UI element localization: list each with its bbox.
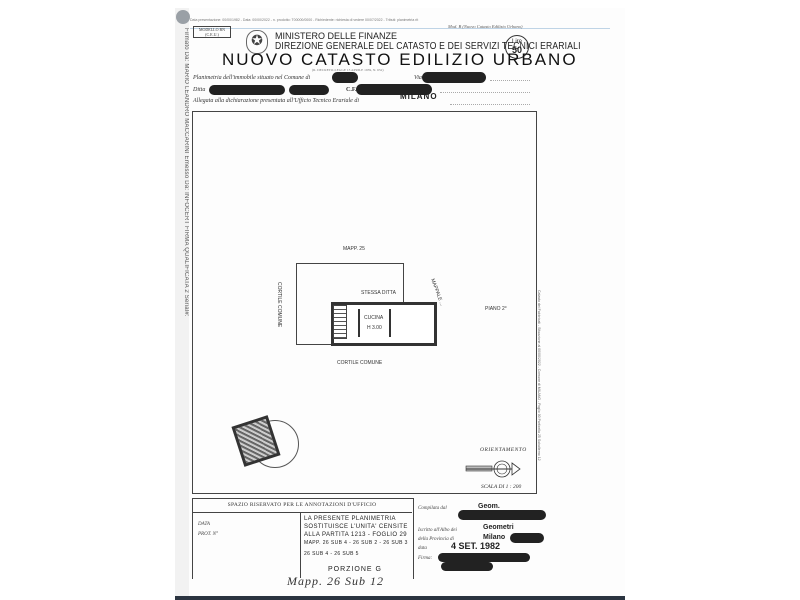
note-line-2: SOSTITUISCE L'UNITA' CENSITE [304,524,408,531]
north-arrow-icon [464,459,524,479]
annotations-divider [300,512,301,578]
albo-value: Geometri [483,524,514,531]
data-compiler-label: data [418,546,427,551]
mappale-label: MAPP. 25 [343,246,365,252]
orientamento-label: ORIENTAMENTO [480,447,527,453]
note-line-3: ALLA PARTITA 1213 - FOGLIO 29 [304,532,407,539]
stairs-icon [333,305,347,339]
height-label: H 3.00 [367,325,382,331]
top-metadata-line: Data presentazione: 00/00/1982 - Data: 0… [190,18,418,22]
planimetria-label: Planimetria dell'immobile situato nel Co… [193,75,310,81]
stessa-ditta-label: STESSA DITTA [361,290,396,296]
top-rule [190,28,610,29]
compiler-title: Geom. [478,503,500,510]
scale-label: SCALA DI 1 : 200 [481,484,521,490]
ministry-name: MINISTERO DELLE FINANZE [275,31,397,41]
handwritten-note: Mapp. 26 Sub 12 [287,574,384,589]
model-reference: Mod. B (Nuovo Catasto Edilizio Urbano) [448,24,523,29]
redaction-comune [332,72,358,83]
corner-mark-icon [176,10,190,24]
redaction-compiler-name [458,510,546,520]
cf-label: C.F. [346,87,356,93]
digital-signature-text: Firmato Da: MARIO LEANDRO MACCARINI Emes… [175,28,189,318]
redaction-albo-number [510,533,544,543]
provincia-label: della Provincia di [418,537,454,542]
data-label: DATA [198,522,210,527]
dash-line [450,104,530,105]
piano-label: PIANO 2° [485,306,507,312]
redaction-ditta-2 [289,85,329,95]
firma-label: Firma: [418,556,432,561]
redaction-signature-2 [441,562,493,571]
cucina-label: CUCINA [364,315,383,321]
annotations-header: SPAZIO RISERVATO PER LE ANNOTAZIONI D'UF… [192,498,412,513]
interior-wall [358,309,360,337]
cortile-comune-bottom-label: CORTILE COMUNE [337,360,382,366]
iscritto-label: Iscritto all'Albo dei [418,528,457,533]
right-margin-text: Catasto dei Fabbricati - Situazione al 0… [537,290,541,470]
dash-line [440,92,530,93]
cortile-comune-left-label: CORTILE COMUNE [276,282,282,327]
note-line-5: 26 SUB 4 - 26 SUB 5 [304,551,359,558]
ufficio-value: MILANO [400,92,438,101]
background-left [0,0,175,600]
interior-wall [389,309,391,337]
bottom-strip [175,596,625,600]
via-label: Via [414,75,422,81]
note-line-1: LA PRESENTE PLANIMETRIA [304,516,396,523]
porzione-label: PORZIONE G [328,566,382,573]
modello-box: MODELLO BN (C.E.U.) [193,26,231,38]
redaction-via [422,72,486,83]
note-line-4: MAPP. 26 SUB 4 - 26 SUB 2 - 26 SUB 3 [304,540,408,547]
redaction-ditta-1 [209,85,285,95]
provincia-value: Milano [483,534,505,541]
document-title: NUOVO CATASTO EDILIZIO URBANO [222,50,578,70]
prot-label: PROT. N° [198,532,218,537]
date-stamp: 4 SET. 1982 [451,541,500,551]
allegata-label: Allegata alla dichiarazione presentata a… [193,98,359,104]
compilata-label: Compilata dal [418,506,447,511]
redaction-signature-1 [438,553,530,562]
ditta-label: Ditta [193,87,205,93]
dash-line [490,80,530,81]
